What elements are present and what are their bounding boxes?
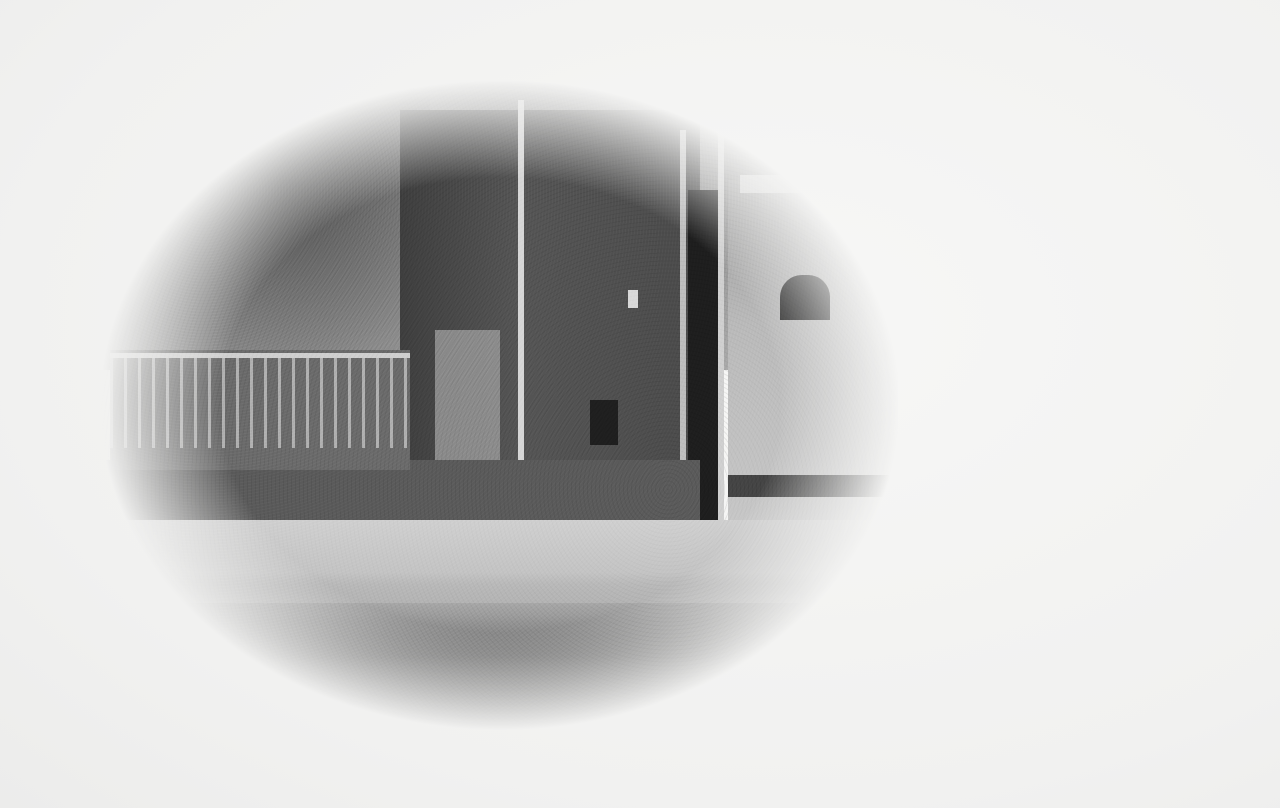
film-grain [100,80,900,730]
vignette-photo [100,80,900,730]
